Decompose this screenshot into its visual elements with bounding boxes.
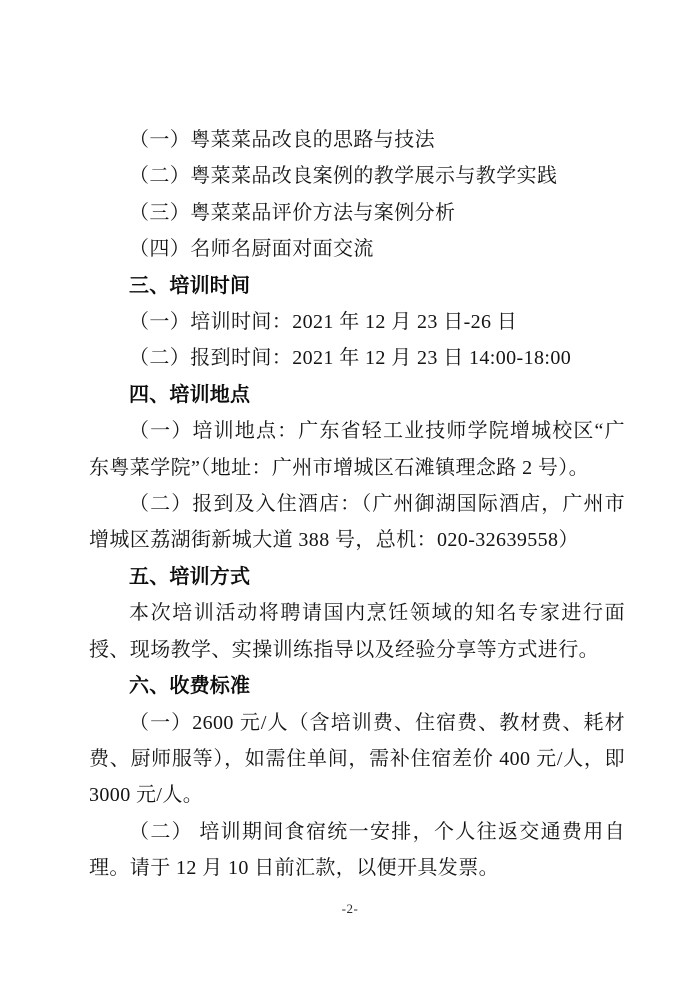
section-heading: 五、培训方式 (89, 559, 625, 595)
paragraph: （一）培训地点：广东省轻工业技师学院增城校区“广东粤菜学院”（地址：广州市增城区… (89, 413, 625, 486)
paragraph: （一）2600 元/人（含培训费、住宿费、教材费、耗材费、厨师服等），如需住单间… (89, 705, 625, 814)
paragraph: （二）报到及入住酒店：（广州御湖国际酒店，广州市增城区荔湖街新城大道 388 号… (89, 486, 625, 559)
paragraph: （二） 培训期间食宿统一安排，个人往返交通费用自理。请于 12 月 10 日前汇… (89, 814, 625, 887)
paragraph: 本次培训活动将聘请国内烹饪领域的知名专家进行面授、现场教学、实操训练指导以及经验… (89, 595, 625, 668)
list-item: （四）名师名厨面对面交流 (89, 231, 625, 267)
list-item: （一）粤菜菜品改良的思路与技法 (89, 122, 625, 158)
section-heading: 四、培训地点 (89, 377, 625, 413)
page-number: -2- (0, 901, 700, 917)
section-heading: 六、收费标准 (89, 668, 625, 704)
document-body: （一）粤菜菜品改良的思路与技法 （二）粤菜菜品改良案例的教学展示与教学实践 （三… (89, 122, 625, 887)
section-heading: 三、培训时间 (89, 268, 625, 304)
list-item: （二）报到时间：2021 年 12 月 23 日 14:00-18:00 (89, 340, 625, 376)
list-item: （二）粤菜菜品改良案例的教学展示与教学实践 (89, 158, 625, 194)
list-item: （三）粤菜菜品评价方法与案例分析 (89, 195, 625, 231)
document-page: （一）粤菜菜品改良的思路与技法 （二）粤菜菜品改良案例的教学展示与教学实践 （三… (0, 0, 700, 990)
list-item: （一）培训时间：2021 年 12 月 23 日-26 日 (89, 304, 625, 340)
